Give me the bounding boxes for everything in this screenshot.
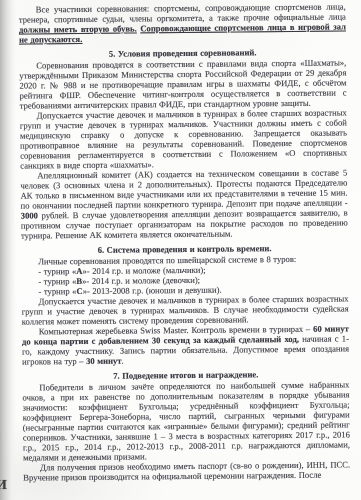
paragraph-age-groups: Допускается участие девочек и мальчиков … [22,293,349,326]
paragraph-rules-basis: Соревнования проводятся в соответствии с… [19,57,346,110]
text-run: Допускается участие девочек и мальчиков … [20,107,347,170]
paragraph-appeal-committee: Апелляционный комитет (АК) создается на … [20,167,348,240]
text-run: должны иметь вторую обувь. [19,23,137,34]
text-run: 7. Подведение итогов и награждение. [113,369,258,380]
text-run: 30 минут [86,356,122,366]
paragraph-winners: Победители в личном зачёте определяются … [22,379,350,462]
paragraph-participation-conditions: Допускается участие девочек и мальчиков … [20,107,348,170]
text-run: - турнир « [38,276,76,286]
text-run: рублей. В случае удовлетворения апелляци… [21,207,348,240]
text-run: Апелляционный комитет (АК) создается на … [20,167,347,210]
text-run: Победители в личном зачёте определяются … [22,379,350,462]
paragraph-time-control: Компьютерная жеребьевка Swiss Master. Ко… [22,323,349,366]
text-run: 6. Система проведения и контроль времени… [98,243,272,255]
scanned-document-page: Все участники соревнования: спортсмены, … [0,0,361,500]
text-run: Допускается участие девочек и мальчиков … [22,293,349,326]
text-run: . [121,356,123,366]
paragraph-prizes: Для получения призов необходимо иметь па… [23,459,350,482]
scan-edge-shadow [0,0,16,500]
text-run: 5. Условия проведения соревнований. [109,47,257,58]
text-run: Для получения призов необходимо иметь па… [23,459,350,482]
text-run: 3000 [21,210,38,220]
text-run: Соревнования проводятся в соответствии с… [19,57,346,110]
corner-ink-mark: И [0,478,7,494]
text-run: - турнир « [38,286,76,296]
paragraph-footwear-rule: Все участники соревнования: спортсмены, … [19,1,346,44]
text-run: - турнир « [38,266,76,276]
document-page-content: Все участники соревнования: спортсмены, … [19,1,351,482]
